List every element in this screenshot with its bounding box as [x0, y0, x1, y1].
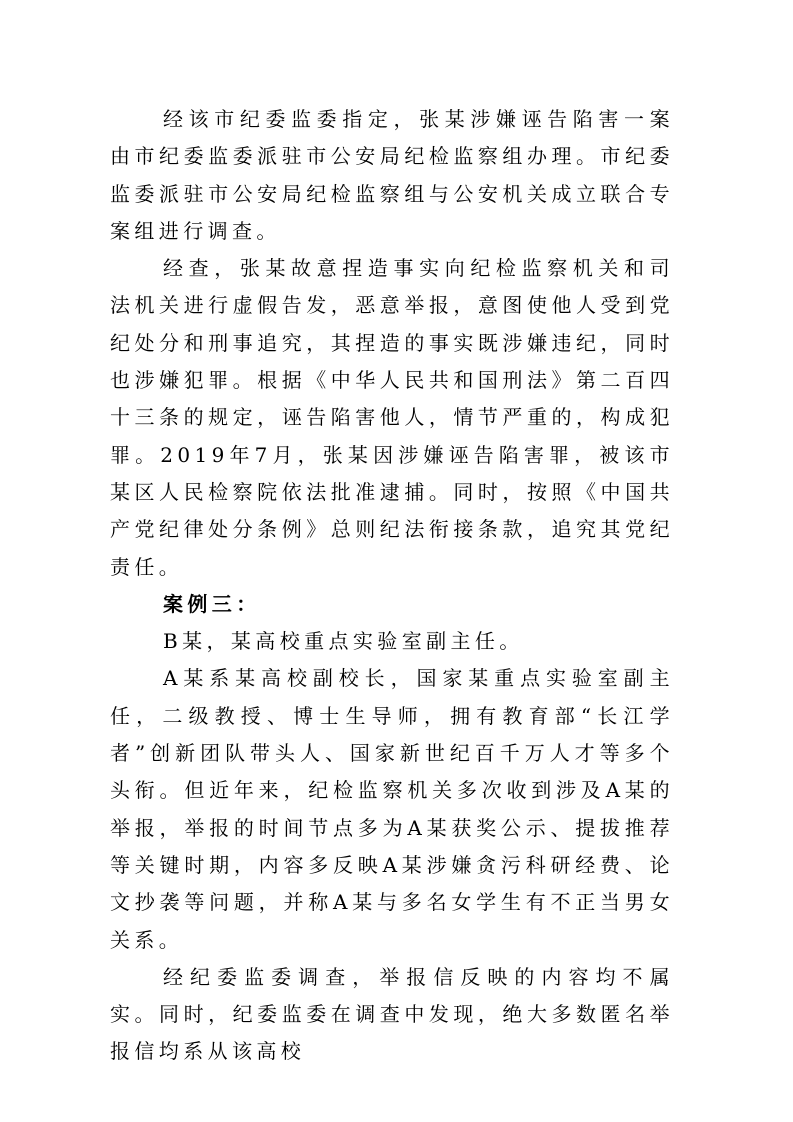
paragraph-designation: 经该市纪委监委指定，张某涉嫌诬告陷害一案由市纪委监委派驻市公安局纪检监察组办理。… — [110, 101, 674, 250]
paragraph-investigation-result: 经查，张某故意捏造事实向纪检监察机关和司法机关进行虚假告发，恶意举报，意图使他人… — [110, 250, 674, 586]
document-page: 经该市纪委监委指定，张某涉嫌诬告陷害一案由市纪委监委派驻市公安局纪检监察组办理。… — [110, 101, 674, 1071]
paragraph-investigation-findings: 经纪委监委调查，举报信反映的内容均不属实。同时，纪委监委在调查中发现，绝大多数匿… — [110, 959, 674, 1071]
paragraph-subject-b: B某，某高校重点实验室副主任。 — [110, 623, 674, 660]
section-heading-case-three: 案例三： — [110, 586, 674, 623]
paragraph-subject-a-background: A某系某高校副校长，国家某重点实验室副主任，二级教授、博士生导师，拥有教育部“长… — [110, 660, 674, 958]
